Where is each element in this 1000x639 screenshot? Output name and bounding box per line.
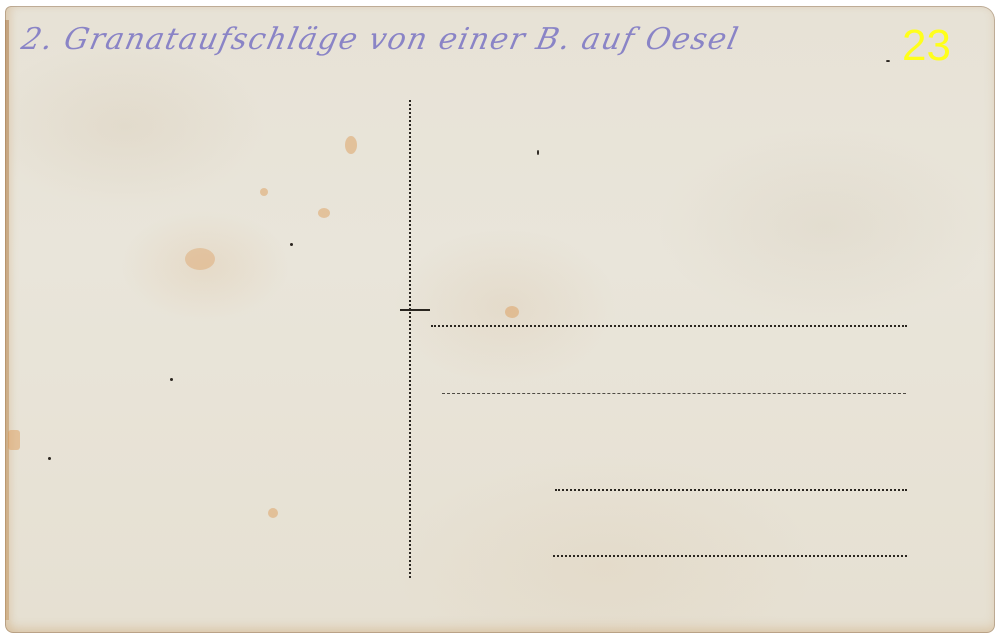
ink-speck xyxy=(886,60,890,62)
ink-speck xyxy=(48,457,51,460)
ink-speck xyxy=(170,378,173,381)
postcard-back xyxy=(5,6,995,633)
page-number-label: 23 xyxy=(902,24,951,68)
foxing-spot xyxy=(505,306,519,318)
foxing-spot xyxy=(345,136,357,154)
foxing-spot xyxy=(260,188,268,196)
message-address-divider xyxy=(409,100,411,578)
ink-speck xyxy=(537,150,539,155)
address-line-3 xyxy=(555,489,907,491)
divider-tick-mark xyxy=(400,309,430,311)
address-line-2 xyxy=(442,393,906,394)
foxing-spot xyxy=(318,208,330,218)
address-line-1 xyxy=(431,325,907,327)
ink-speck xyxy=(290,243,293,246)
handwritten-caption: 2. Granataufschläge von einer B. auf Oes… xyxy=(18,22,742,57)
address-line-4 xyxy=(553,555,907,557)
worn-edge xyxy=(5,20,9,620)
foxing-spot xyxy=(8,430,20,450)
foxing-spot xyxy=(185,248,215,270)
foxing-spot xyxy=(268,508,278,518)
